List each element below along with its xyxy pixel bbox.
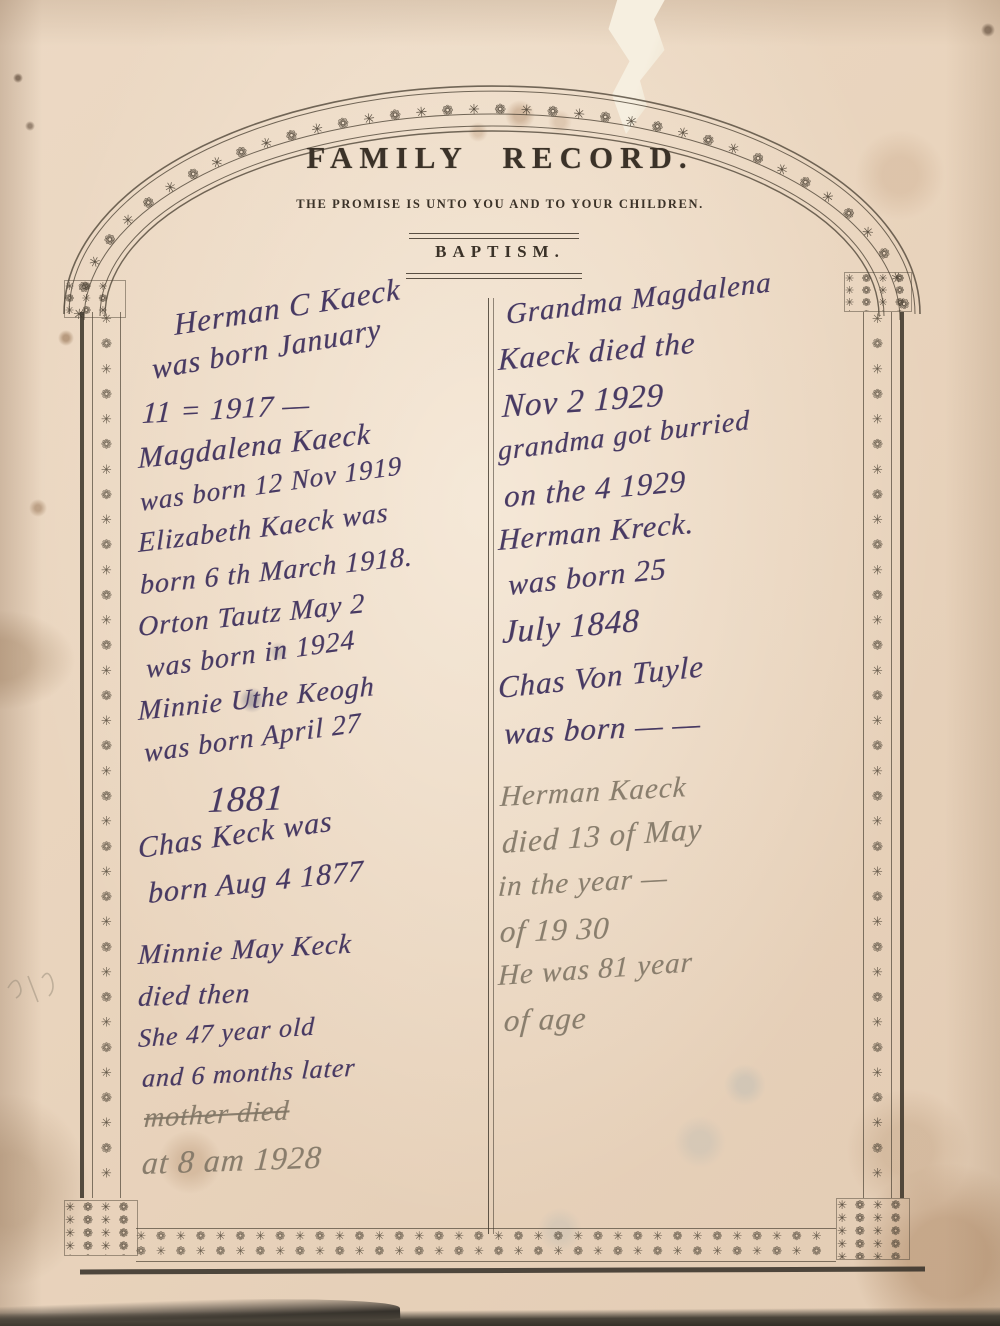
handwriting-line: at 8 am 1928 <box>141 1132 490 1183</box>
handwriting-line: of age <box>503 988 899 1040</box>
page-subtitle: THE PROMISE IS UNTO YOU AND TO YOUR CHIL… <box>0 197 1000 212</box>
right-border-bar <box>900 312 904 1198</box>
left-border-stars: ✳ ❁ ✳ ❁ ✳ ❁ ✳ ❁ ✳ ❁ ✳ ❁ ✳ ❁ ✳ ❁ ✳ ❁ ✳ ❁ … <box>92 312 121 1198</box>
family-record-page: ✳ ❁ ✳ ❁ ✳ ❁ ✳ ❁ ✳ ❁ ✳ ❁ ✳ ❁ ✳ ❁ ✳ ❁ ✳ ❁ … <box>0 0 1000 1326</box>
left-border-bar <box>80 312 84 1198</box>
baptism-left-column: Herman C Kaeckwas born January11 = 1917 … <box>138 306 488 1192</box>
page-title: FAMILY RECORD. <box>0 140 1000 176</box>
corner-block-top-left: ✳ ❁ ✳ ❁ ✳ ❁ ✳ ❁ ✳ ❁ ✳ ❁ ✳ ❁ ✳ ❁ ✳ ❁ ✳ ❁ … <box>64 280 126 318</box>
left-border-ornament: ✳ ❁ ✳ ❁ ✳ ❁ ✳ ❁ ✳ ❁ ✳ ❁ ✳ ❁ ✳ ❁ ✳ ❁ ✳ ❁ … <box>80 312 122 1198</box>
bottom-border-ornament: ✳ ❁ ✳ ❁ ✳ ❁ ✳ ❁ ✳ ❁ ✳ ❁ ✳ ❁ ✳ ❁ ✳ ❁ ✳ ❁ … <box>136 1228 836 1262</box>
handwriting-line: Minnie May Keck <box>137 920 488 973</box>
baptism-right-column: Grandma MagdalenaKaeck died theNov 2 192… <box>498 298 898 1048</box>
corner-block-bottom-left: ✳ ❁ ✳ ❁ ✳ ❁ ✳ ❁ ✳ ❁ ✳ ❁ ✳ ❁ ✳ ❁ ✳ ❁ ✳ ❁ … <box>64 1200 138 1256</box>
corner-block-bottom-right: ✳ ❁ ✳ ❁ ✳ ❁ ✳ ❁ ✳ ❁ ✳ ❁ ✳ ❁ ✳ ❁ ✳ ❁ ✳ ❁ … <box>836 1198 910 1260</box>
double-rule-top <box>409 233 579 239</box>
handwriting-line: was born — — <box>503 694 898 753</box>
margin-scribble-pencil <box>2 948 82 1028</box>
handwriting-line: mother died <box>143 1084 488 1136</box>
bottom-rule <box>80 1267 925 1275</box>
column-divider <box>488 298 494 1234</box>
